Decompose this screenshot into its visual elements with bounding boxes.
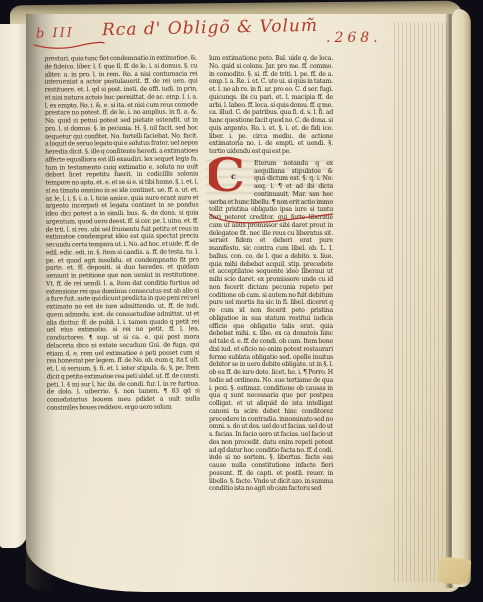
- initial-tail-flourish-icon: [209, 207, 333, 227]
- text-column-right: lum extimatione peto. Bal. uide q. de lo…: [209, 55, 333, 502]
- drop-cap-guide-letter: c: [231, 173, 236, 181]
- folio-underline-flourish-icon: [32, 40, 106, 52]
- page-number: .268.: [326, 30, 382, 46]
- photo-backdrop: b III Rca d' Obligõ & Volum̃ .268. prest…: [0, 0, 483, 602]
- drop-cap-initial: C c: [209, 162, 251, 194]
- drop-cap-letter: C: [209, 154, 245, 196]
- right-column-paragraph-1: lum extimatione peto. Bal. uide q. de lo…: [209, 55, 333, 156]
- book-block-edge: [452, 9, 471, 587]
- text-column-left: prestari. quia tunc fiet condemnatio in …: [44, 54, 200, 503]
- left-column-text: prestari. quia tunc fiet condemnatio in …: [44, 54, 199, 412]
- fore-edge-texture: [394, 22, 450, 582]
